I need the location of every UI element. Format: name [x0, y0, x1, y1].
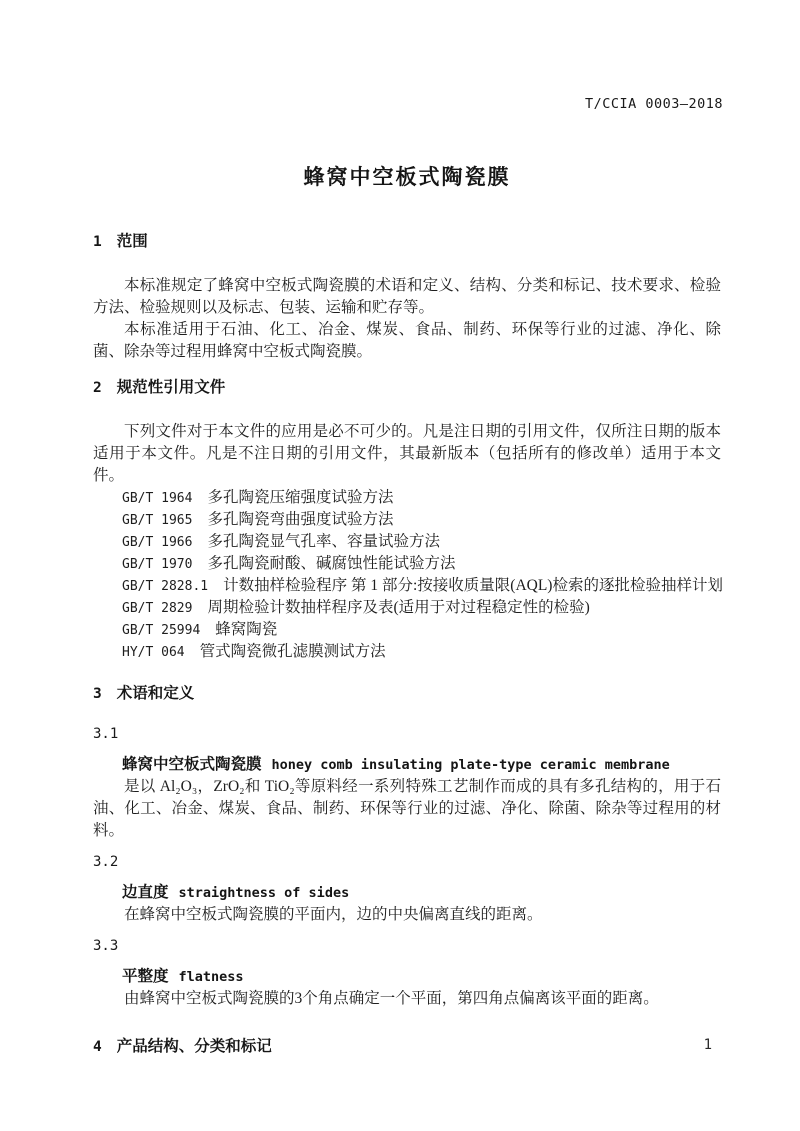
term-chinese: 平整度 — [122, 968, 169, 985]
section-1-title: 范围 — [117, 233, 148, 250]
section-3-heading: 3术语和定义 — [93, 685, 721, 703]
reference-title: 蜂窝陶瓷 — [215, 621, 277, 638]
reference-title: 多孔陶瓷压缩强度试验方法 — [207, 489, 393, 506]
reference-title: 计数抽样检验程序 第 1 部分:按接收质量限(AQL)检索的逐批检验抽样计划 — [223, 577, 723, 594]
term-english: straightness of sides — [179, 885, 350, 901]
term-english: flatness — [179, 969, 244, 985]
document-title: 蜂窝中空板式陶瓷膜 — [93, 161, 721, 191]
term-entry-3-3: 3.3 平整度flatness 由蜂窝中空板式陶瓷膜的3个角点确定一个平面，第四… — [93, 939, 721, 1010]
section-4-number: 4 — [93, 1039, 102, 1055]
section-3-number: 3 — [93, 686, 102, 702]
section-3-title: 术语和定义 — [117, 685, 195, 702]
section-1-number: 1 — [93, 234, 102, 250]
term-line: 蜂窝中空板式陶瓷膜honey comb insulating plate-typ… — [122, 756, 721, 774]
page-number: 1 — [704, 1037, 712, 1053]
term-chinese: 边直度 — [122, 884, 169, 901]
reference-title: 多孔陶瓷弯曲强度试验方法 — [207, 511, 393, 528]
term-chinese: 蜂窝中空板式陶瓷膜 — [122, 756, 262, 773]
term-id: 3.3 — [93, 939, 721, 954]
reference-title: 管式陶瓷微孔滤膜测试方法 — [200, 643, 386, 660]
section-2-title: 规范性引用文件 — [117, 379, 226, 396]
section-1-heading: 1范围 — [93, 233, 721, 251]
term-definition: 在蜂窝中空板式陶瓷膜的平面内，边的中央偏离直线的距离。 — [93, 904, 721, 926]
section-4-heading: 4产品结构、分类和标记 — [93, 1038, 721, 1056]
section-4-title: 产品结构、分类和标记 — [117, 1038, 272, 1055]
reference-code: GB/T 2829 — [122, 601, 192, 616]
standard-code: T/CCIA 0003—2018 — [585, 96, 723, 112]
term-definition: 是以 Al₂O₃，ZrO₂和 TiO₂等原料经一系列特殊工艺制作而成的具有多孔结… — [93, 776, 721, 842]
term-english: honey comb insulating plate-type ceramic… — [272, 757, 670, 773]
section-2-heading: 2规范性引用文件 — [93, 379, 721, 397]
reference-item: GB/T 1965多孔陶瓷弯曲强度试验方法 — [122, 509, 721, 531]
term-line: 边直度straightness of sides — [122, 884, 721, 902]
section-1-paragraph-2: 本标准适用于石油、化工、冶金、煤炭、食品、制药、环保等行业的过滤、净化、除菌、除… — [93, 319, 721, 363]
reference-title: 周期检验计数抽样程序及表(适用于对过程稳定性的检验) — [207, 599, 589, 616]
reference-code: GB/T 1970 — [122, 557, 192, 572]
reference-code: GB/T 1965 — [122, 513, 192, 528]
reference-item: GB/T 1966多孔陶瓷显气孔率、容量试验方法 — [122, 531, 721, 553]
term-id: 3.1 — [93, 727, 721, 742]
section-2-number: 2 — [93, 380, 102, 396]
reference-item: GB/T 25994蜂窝陶瓷 — [122, 619, 721, 641]
reference-item: GB/T 1970多孔陶瓷耐酸、碱腐蚀性能试验方法 — [122, 553, 721, 575]
reference-item: GB/T 2828.1计数抽样检验程序 第 1 部分:按接收质量限(AQL)检索… — [122, 575, 721, 597]
section-1-paragraph-1: 本标准规定了蜂窝中空板式陶瓷膜的术语和定义、结构、分类和标记、技术要求、检验方法… — [93, 275, 721, 319]
reference-item: HY/T 064管式陶瓷微孔滤膜测试方法 — [122, 641, 721, 663]
reference-item: GB/T 1964多孔陶瓷压缩强度试验方法 — [122, 487, 721, 509]
reference-item: GB/T 2829周期检验计数抽样程序及表(适用于对过程稳定性的检验) — [122, 597, 721, 619]
document-page: T/CCIA 0003—2018 蜂窝中空板式陶瓷膜 1范围 本标准规定了蜂窝中… — [0, 0, 800, 1131]
section-2-intro: 下列文件对于本文件的应用是必不可少的。凡是注日期的引用文件，仅所注日期的版本适用… — [93, 421, 721, 487]
term-entry-3-2: 3.2 边直度straightness of sides 在蜂窝中空板式陶瓷膜的… — [93, 855, 721, 926]
reference-title: 多孔陶瓷耐酸、碱腐蚀性能试验方法 — [207, 555, 455, 572]
term-line: 平整度flatness — [122, 968, 721, 986]
normative-reference-list: GB/T 1964多孔陶瓷压缩强度试验方法 GB/T 1965多孔陶瓷弯曲强度试… — [93, 487, 721, 663]
reference-code: GB/T 1966 — [122, 535, 192, 550]
term-entry-3-1: 3.1 蜂窝中空板式陶瓷膜honey comb insulating plate… — [93, 727, 721, 842]
reference-code: GB/T 25994 — [122, 623, 200, 638]
term-definition: 由蜂窝中空板式陶瓷膜的3个角点确定一个平面，第四角点偏离该平面的距离。 — [93, 988, 721, 1010]
reference-code: GB/T 2828.1 — [122, 579, 208, 594]
reference-title: 多孔陶瓷显气孔率、容量试验方法 — [207, 533, 440, 550]
reference-code: GB/T 1964 — [122, 491, 192, 506]
term-id: 3.2 — [93, 855, 721, 870]
reference-code: HY/T 064 — [122, 645, 185, 660]
